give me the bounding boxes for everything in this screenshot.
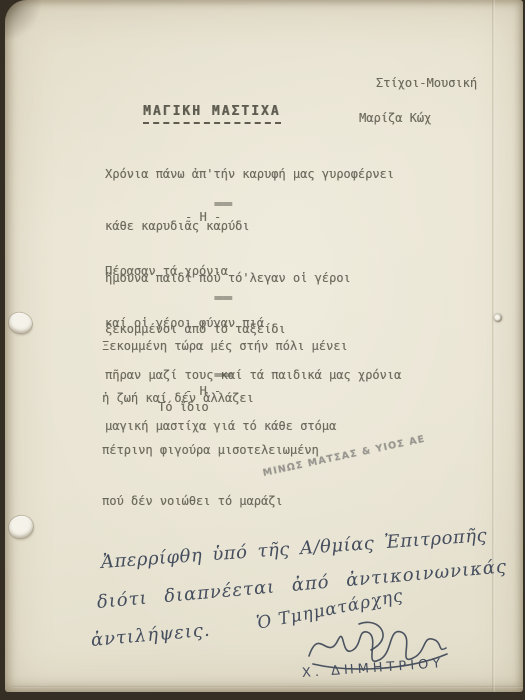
refrain-marker: - Η - [185, 383, 221, 400]
stanza-separator-mark: ==== [214, 371, 232, 381]
paper-bottom-crease [13, 686, 523, 688]
credit-label: Στίχοι-Μουσική [376, 76, 477, 90]
refrain-marker: - Η - [185, 209, 221, 226]
pin-hole [494, 314, 502, 322]
paper-sheet: Στίχοι-Μουσική Μαρίζα Κώχ ΜΑΓΙΚΗ ΜΑΣΤΙΧΑ… [5, 0, 523, 692]
poem-title: ΜΑΓΙΚΗ ΜΑΣΤΙΧΑ [143, 103, 281, 124]
stanza-line: Πέρασαν τά χρόνια [105, 263, 401, 280]
ending-note: Τό ἴδιο [158, 399, 209, 416]
stanza-line: Ξεκομμένη τώρα μές στήν πόλι μένει [102, 338, 348, 355]
handwritten-rejection-line-3: ἀντιλήψεις. [90, 620, 211, 651]
credit-author: Μαρίζα Κώχ [347, 110, 477, 127]
stanza-3: Ξεκομμένη τώρα μές στήν πόλι μένει ἡ ζωή… [102, 304, 348, 545]
stanza-line: Χρόνια πάνω ἀπ'τήν καρυφή μας γυροφέρνει [105, 166, 394, 183]
stanza-line: ἡ ζωή καί δέν ἀλλάζει [102, 390, 348, 407]
stanza-separator-mark: ==== [214, 294, 232, 304]
stanza-line: πέτρινη φιγούρα μισοτελειωμένη [102, 442, 348, 459]
scanned-lyric-sheet: { "page": { "credit": { "label": "Στίχοι… [0, 0, 525, 700]
stanza-line: πού δέν νοιώθει τό μαράζι [102, 493, 348, 510]
paper-fold-crease [492, 0, 495, 692]
